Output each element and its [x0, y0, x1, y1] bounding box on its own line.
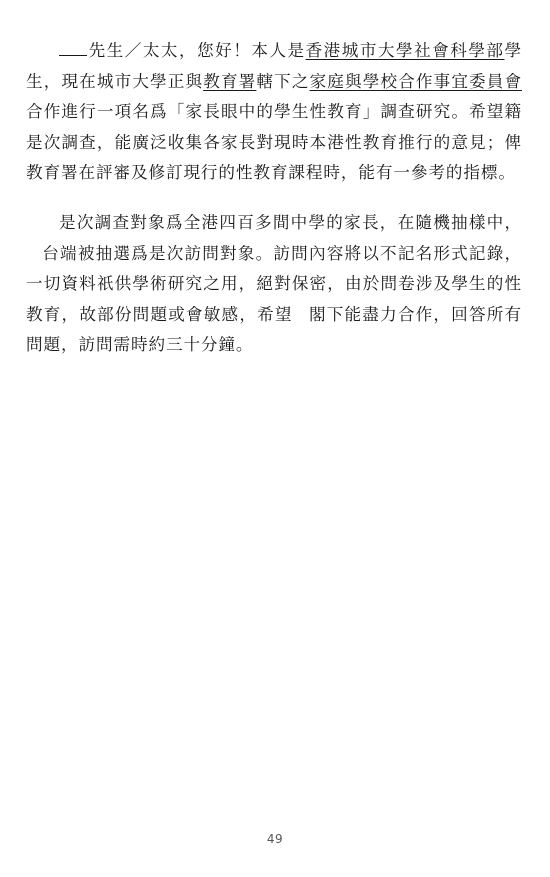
salutation-text: 先生／太太，您好！本人是 [88, 41, 306, 60]
name-blank-line [59, 40, 87, 56]
survey-text-a: 是次調查對象爲全港四百多間中學的家長，在隨機抽樣中， [59, 213, 522, 232]
intro-text-c: 合作進行一項名爲「家長眼中的學生性教育」調查研究。希望籍是次調查，能廣泛收集各家… [26, 102, 522, 182]
intro-text-b: 轄下之 [256, 72, 309, 91]
education-department-name: 教育署 [203, 72, 256, 91]
document-page: 先生／太太，您好！本人是香港城市大學社會科學部學生，現在城市大學正與教育署轄下之… [0, 0, 550, 877]
page-number: 49 [0, 832, 550, 846]
organization-name: 香港城市大學社會科學部 [306, 41, 505, 60]
survey-info-paragraph: 是次調查對象爲全港四百多間中學的家長，在隨機抽樣中，台端被抽選爲是次訪問對象。訪… [26, 208, 522, 361]
intro-paragraph: 先生／太太，您好！本人是香港城市大學社會科學部學生，現在城市大學正與教育署轄下之… [26, 36, 522, 189]
committee-name: 家庭與學校合作事宜委員會 [310, 72, 522, 91]
